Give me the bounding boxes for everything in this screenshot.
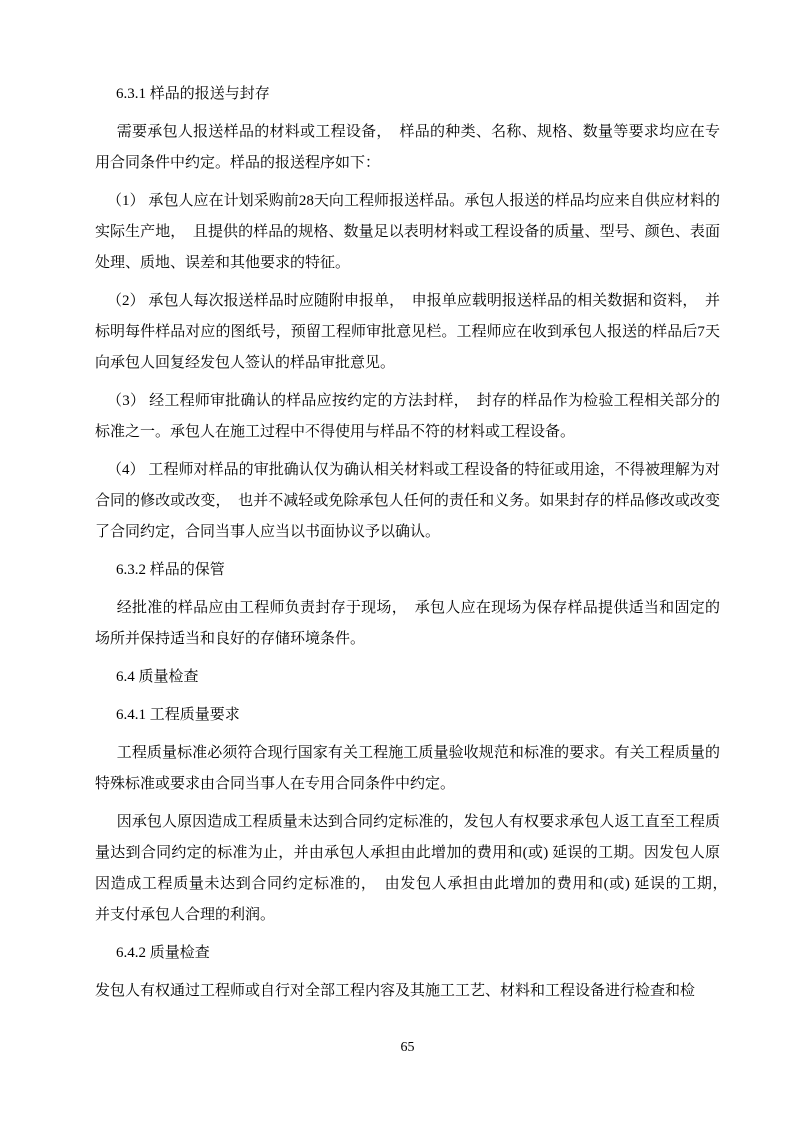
paragraph: 发包人有权通过工程师或自行对全部工程内容及其施工工艺、材料和工程设备进行检查和检	[95, 976, 720, 1007]
numbered-paragraph: （2） 承包人每次报送样品时应随附申报单， 申报单应载明报送样品的相关数据和资料…	[95, 286, 720, 379]
document-page: 6.3.1 样品的报送与封存 需要承包人报送样品的材料或工程设备， 样品的种类、…	[0, 0, 793, 1122]
paragraph: 工程质量标准必须符合现行国家有关工程施工质量验收规范和标准的要求。有关工程质量的…	[95, 738, 720, 800]
numbered-paragraph: （1） 承包人应在计划采购前28天向工程师报送样品。承包人报送的样品均应来自供应…	[95, 186, 720, 279]
heading-6-4-1: 6.4.1 工程质量要求	[95, 700, 720, 731]
page-number: 65	[95, 1038, 720, 1058]
paragraph: 需要承包人报送样品的材料或工程设备， 样品的种类、名称、规格、数量等要求均应在专…	[95, 117, 720, 179]
paragraph: 因承包人原因造成工程质量未达到合同约定标准的，发包人有权要求承包人返工直至工程质…	[95, 807, 720, 931]
document-content: 6.3.1 样品的报送与封存 需要承包人报送样品的材料或工程设备， 样品的种类、…	[95, 79, 720, 1014]
heading-6-3-1: 6.3.1 样品的报送与封存	[95, 79, 720, 110]
numbered-paragraph: （4） 工程师对样品的审批确认仅为确认相关材料或工程设备的特征或用途，不得被理解…	[95, 455, 720, 548]
heading-6-4: 6.4 质量检查	[95, 662, 720, 693]
heading-6-4-2: 6.4.2 质量检查	[95, 938, 720, 969]
heading-6-3-2: 6.3.2 样品的保管	[95, 555, 720, 586]
paragraph: 经批准的样品应由工程师负责封存于现场， 承包人应在现场为保存样品提供适当和固定的…	[95, 593, 720, 655]
numbered-paragraph: （3） 经工程师审批确认的样品应按约定的方法封样， 封存的样品作为检验工程相关部…	[95, 386, 720, 448]
